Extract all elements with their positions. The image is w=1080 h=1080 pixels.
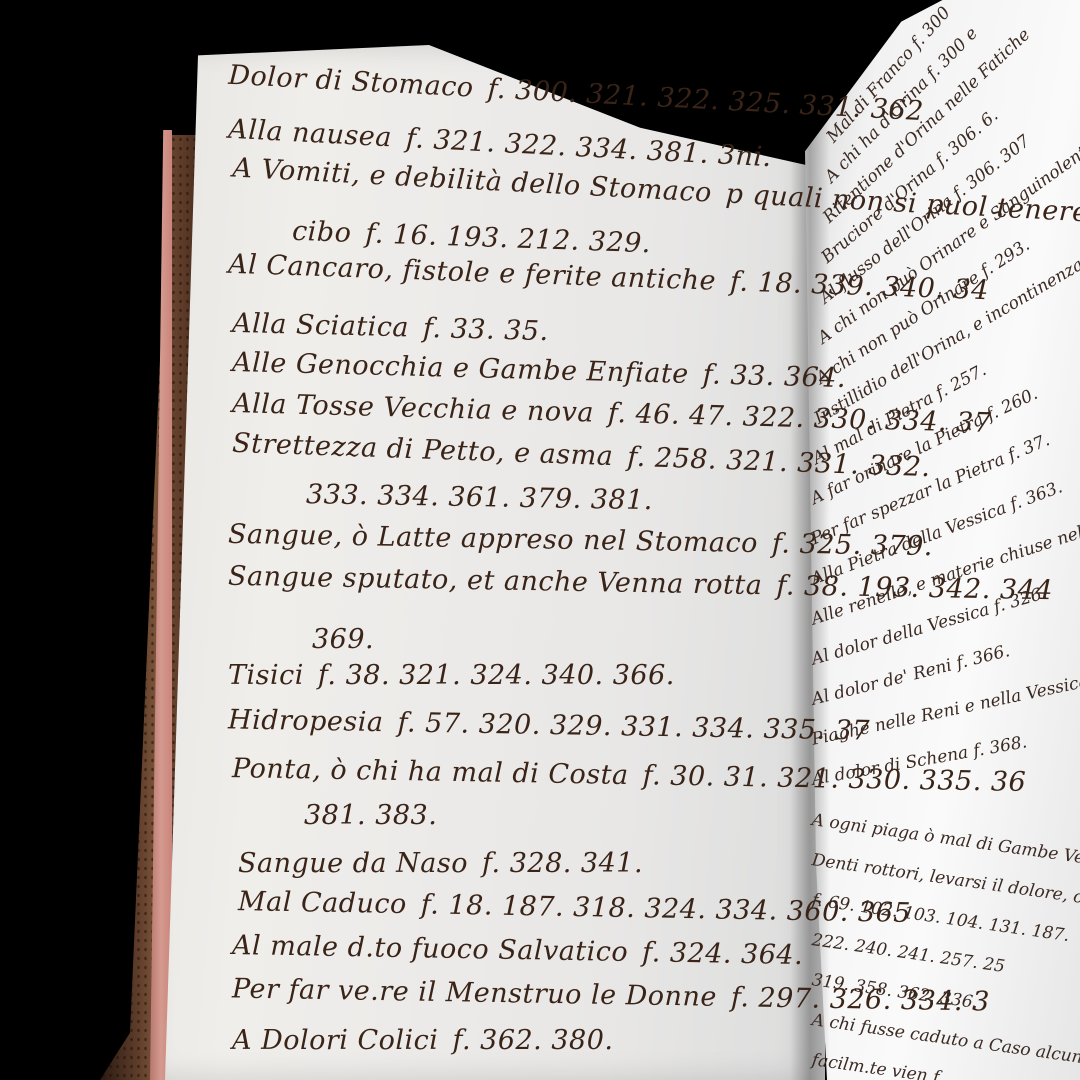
entry-folio-refs: f. 38. 321. 324. 340. 366. (318, 660, 675, 691)
entry-label: Alla Sciatica (232, 308, 410, 344)
index-entry: 369. (298, 624, 374, 655)
entry-label: Sangue da Naso (238, 848, 468, 879)
entry-folio-refs: f. 362. 380. (452, 1025, 613, 1056)
entry-folio-refs: 369. (312, 624, 374, 655)
entry-folio-refs: f. 33. 35. (423, 313, 549, 347)
book-photo: Dolor di Stomacof. 300. 321. 322. 325. 3… (0, 0, 1080, 1080)
index-entry: Tisicif. 38. 321. 324. 340. 366. (228, 660, 675, 691)
index-entry: A Dolori Colicif. 362. 380. (232, 1025, 613, 1056)
entry-folio-refs: 381. 383. (304, 800, 437, 831)
index-entry: 381. 383. (290, 800, 437, 831)
entry-label: cibo (292, 216, 352, 249)
entry-label: A Dolori Colici (232, 1025, 438, 1056)
index-entry: 333. 334. 361. 379. 381. (292, 479, 653, 516)
entry-folio-refs: f. 324. 364. (642, 937, 804, 971)
entry-label (292, 479, 293, 510)
entry-folio-refs: 333. 334. 361. 379. 381. (306, 479, 653, 516)
index-entry: Sangue da Nasof. 328. 341. (238, 848, 643, 879)
entry-folio-refs: f. 328. 341. (482, 848, 643, 879)
entry-label: Hidropesia (228, 704, 384, 738)
entry-label: Tisici (228, 660, 304, 691)
entry-label: Mal Caduco (238, 886, 407, 920)
